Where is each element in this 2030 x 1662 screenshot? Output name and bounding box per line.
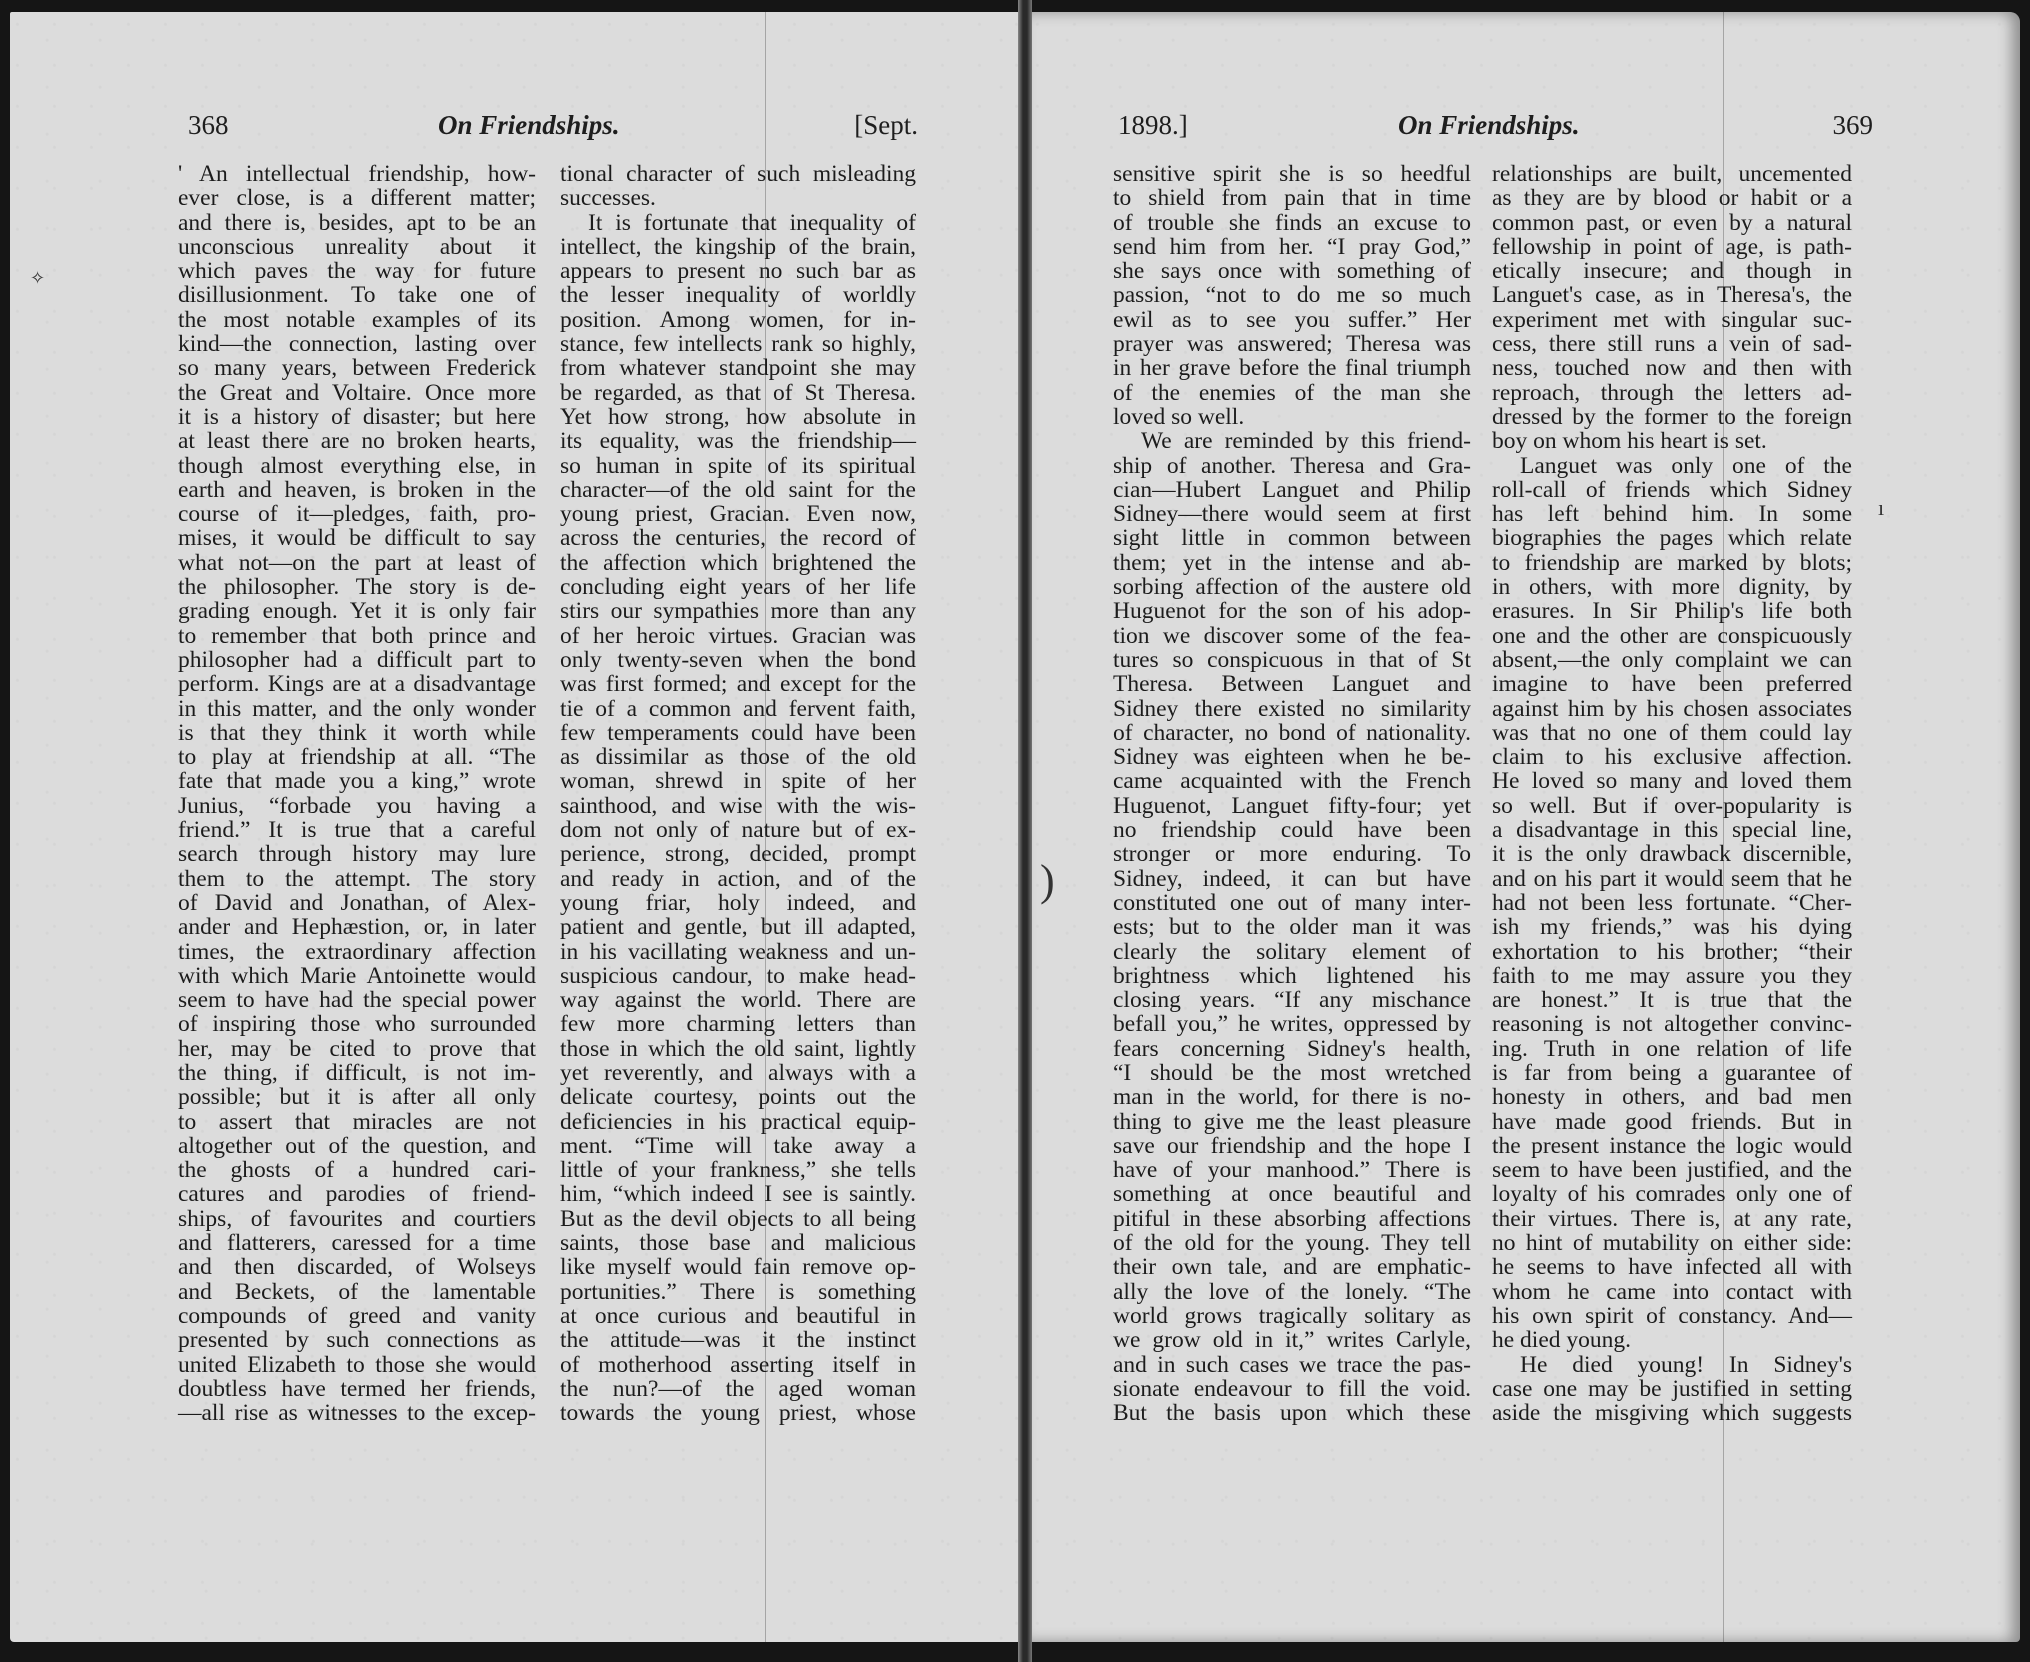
text-line: ness, touched now and then with bbox=[1492, 356, 1852, 380]
book-spine bbox=[1018, 0, 1032, 1662]
text-line: as dissimilar as those of the old bbox=[560, 745, 916, 769]
text-line: yet reverently, and always with a bbox=[560, 1061, 916, 1085]
text-line: to assert that miracles are not bbox=[178, 1110, 536, 1134]
text-line: ever close, is a different matter; bbox=[178, 186, 536, 210]
text-line: unconscious unreality about it bbox=[178, 235, 536, 259]
text-line: prayer was answered; Theresa was bbox=[1113, 332, 1471, 356]
text-line: Huguenot, Languet fifty-four; yet bbox=[1113, 794, 1471, 818]
text-line: against him by his chosen associates bbox=[1492, 697, 1852, 721]
text-line: seem to have been justified, and the bbox=[1492, 1158, 1852, 1182]
text-line: like myself would fain remove op- bbox=[560, 1255, 916, 1279]
text-line: of the enemies of the man she bbox=[1113, 381, 1471, 405]
text-line: stirs our sympathies more than any bbox=[560, 599, 916, 623]
text-line: tures so conspicuous in that of St bbox=[1113, 648, 1471, 672]
text-line: something at once beautiful and bbox=[1113, 1182, 1471, 1206]
scanned-book-spread: 368 On Friendships. [Sept. 1898.] On Fri… bbox=[0, 0, 2030, 1662]
text-line: little of your frankness,” she tells bbox=[560, 1158, 916, 1182]
text-line: disillusionment. To take one of bbox=[178, 283, 536, 307]
text-line: she says once with something of bbox=[1113, 259, 1471, 283]
text-line: his own spirit of constancy. And— bbox=[1492, 1304, 1852, 1328]
text-line: sight little in common between bbox=[1113, 526, 1471, 550]
text-line: mises, it would be difficult to say bbox=[178, 526, 536, 550]
text-line: perience, strong, decided, prompt bbox=[560, 842, 916, 866]
text-line: and on his part it would seem that he bbox=[1492, 867, 1852, 891]
text-line: appears to present no such bar as bbox=[560, 259, 916, 283]
text-line: and Beckets, of the lamentable bbox=[178, 1280, 536, 1304]
text-line: search through history may lure bbox=[178, 842, 536, 866]
text-line: Junius, “forbade you having a bbox=[178, 794, 536, 818]
text-line: But the basis upon which these bbox=[1113, 1401, 1471, 1425]
running-title: On Friendships. bbox=[438, 110, 620, 141]
text-line: reasoning is not altogether convinc- bbox=[1492, 1012, 1852, 1036]
text-line: no friendship could have been bbox=[1113, 818, 1471, 842]
text-line: seem to have had the special power bbox=[178, 988, 536, 1012]
text-line: He loved so many and loved them bbox=[1492, 769, 1852, 793]
margin-bracket-mark: ) bbox=[1040, 855, 1055, 906]
text-line: be regarded, as that of St Theresa. bbox=[560, 381, 916, 405]
text-line: sionate endeavour to fill the void. bbox=[1113, 1377, 1471, 1401]
text-line: ally the love of the lonely. “The bbox=[1113, 1280, 1471, 1304]
text-line: ander and Hephæstion, or, in later bbox=[178, 915, 536, 939]
text-line: are honest.” It is true that the bbox=[1492, 988, 1852, 1012]
text-line: suspicious candour, to make head- bbox=[560, 964, 916, 988]
text-column-right-2: relationships are built, uncementedas th… bbox=[1492, 162, 1852, 1425]
text-line: young priest, Gracian. Even now, bbox=[560, 502, 916, 526]
text-line: so many years, between Frederick bbox=[178, 356, 536, 380]
text-line: the present instance the logic would bbox=[1492, 1134, 1852, 1158]
text-line: as they are by blood or habit or a bbox=[1492, 186, 1852, 210]
text-line: came acquainted with the French bbox=[1113, 769, 1471, 793]
text-line: intellect, the kingship of the brain, bbox=[560, 235, 916, 259]
text-line: with which Marie Antoinette would bbox=[178, 964, 536, 988]
text-line: position. Among women, for in- bbox=[560, 308, 916, 332]
text-line: across the centuries, the record of bbox=[560, 526, 916, 550]
text-line: man in the world, for there is no- bbox=[1113, 1085, 1471, 1109]
text-line: to play at friendship at all. “The bbox=[178, 745, 536, 769]
page-number: 369 bbox=[1833, 110, 1874, 141]
text-line: successes. bbox=[560, 186, 916, 210]
text-line: Sidney—there would seem at first bbox=[1113, 502, 1471, 526]
text-line: is far from being a guarantee of bbox=[1492, 1061, 1852, 1085]
text-line: them to the attempt. The story bbox=[178, 867, 536, 891]
text-line: way against the world. There are bbox=[560, 988, 916, 1012]
text-line: have made good friends. But in bbox=[1492, 1110, 1852, 1134]
text-line: few more charming letters than bbox=[560, 1012, 916, 1036]
text-line: stronger or more enduring. To bbox=[1113, 842, 1471, 866]
text-line: it is a history of disaster; but here bbox=[178, 405, 536, 429]
text-line: has left behind him. In some bbox=[1492, 502, 1852, 526]
text-line: a disadvantage in this special line, bbox=[1492, 818, 1852, 842]
text-line: united Elizabeth to those she would bbox=[178, 1353, 536, 1377]
text-line: their virtues. There is, at any rate, bbox=[1492, 1207, 1852, 1231]
text-line: Sidney was eighteen when he be- bbox=[1113, 745, 1471, 769]
text-line: deficiencies in his practical equip- bbox=[560, 1110, 916, 1134]
text-line: Yet how strong, how absolute in bbox=[560, 405, 916, 429]
text-line: the ghosts of a hundred cari- bbox=[178, 1158, 536, 1182]
text-line: kind—the connection, lasting over bbox=[178, 332, 536, 356]
text-line: of the old for the young. They tell bbox=[1113, 1231, 1471, 1255]
text-line: the philosopher. The story is de- bbox=[178, 575, 536, 599]
text-line: him, “which indeed I see is saintly. bbox=[560, 1182, 916, 1206]
text-line: of character, no bond of nationality. bbox=[1113, 721, 1471, 745]
text-line: —all rise as witnesses to the excep- bbox=[178, 1401, 536, 1425]
text-line: times, the extraordinary affection bbox=[178, 940, 536, 964]
text-line: and there is, besides, apt to be an bbox=[178, 211, 536, 235]
text-line: friend.” It is true that a careful bbox=[178, 818, 536, 842]
text-line: the most notable examples of its bbox=[178, 308, 536, 332]
text-line: boy on whom his heart is set. bbox=[1492, 429, 1852, 453]
text-line: woman, shrewd in spite of her bbox=[560, 769, 916, 793]
text-line: ships, of favourites and courtiers bbox=[178, 1207, 536, 1231]
text-line: its equality, was the friendship— bbox=[560, 429, 916, 453]
text-column-left-1: ' An intellectual friendship, how-ever c… bbox=[178, 162, 536, 1425]
text-line: in this matter, and the only wonder bbox=[178, 697, 536, 721]
text-line: and flatterers, caressed for a time bbox=[178, 1231, 536, 1255]
text-line: and in such cases we trace the pas- bbox=[1113, 1353, 1471, 1377]
text-line: he died young. bbox=[1492, 1328, 1852, 1352]
text-line: at once curious and beautiful in bbox=[560, 1304, 916, 1328]
text-line: philosopher had a difficult part to bbox=[178, 648, 536, 672]
text-line: presented by such connections as bbox=[178, 1328, 536, 1352]
text-line: reproach, through the letters ad- bbox=[1492, 381, 1852, 405]
text-line: of David and Jonathan, of Alex- bbox=[178, 891, 536, 915]
text-line: Languet was only one of the bbox=[1492, 454, 1852, 478]
text-line: But as the devil objects to all being bbox=[560, 1207, 916, 1231]
text-line: befall you,” he writes, oppressed by bbox=[1113, 1012, 1471, 1036]
text-line: doubtless have termed her friends, bbox=[178, 1377, 536, 1401]
text-line: course of it—pledges, faith, pro- bbox=[178, 502, 536, 526]
text-line: and ready in action, and of the bbox=[560, 867, 916, 891]
text-line: possible; but it is after all only bbox=[178, 1085, 536, 1109]
text-line: have of your manhood.” There is bbox=[1113, 1158, 1471, 1182]
text-line: fate that made you a king,” wrote bbox=[178, 769, 536, 793]
text-line: Huguenot for the son of his adop- bbox=[1113, 599, 1471, 623]
text-line: tie of a common and fervent faith, bbox=[560, 697, 916, 721]
text-line: portunities.” There is something bbox=[560, 1280, 916, 1304]
text-line: “I should be the most wretched bbox=[1113, 1061, 1471, 1085]
text-line: save our friendship and the hope I bbox=[1113, 1134, 1471, 1158]
text-line: We are reminded by this friend- bbox=[1113, 429, 1471, 453]
text-line: concluding eight years of her life bbox=[560, 575, 916, 599]
text-line: the lesser inequality of worldly bbox=[560, 283, 916, 307]
text-line: relationships are built, uncemented bbox=[1492, 162, 1852, 186]
text-line: one and the other are conspicuously bbox=[1492, 624, 1852, 648]
text-line: the Great and Voltaire. Once more bbox=[178, 381, 536, 405]
text-line: He died young! In Sidney's bbox=[1492, 1353, 1852, 1377]
text-line: loyalty of his comrades only one of bbox=[1492, 1182, 1852, 1206]
date-marker: 1898.] bbox=[1118, 110, 1188, 141]
text-line: of trouble she finds an excuse to bbox=[1113, 211, 1471, 235]
text-line: to remember that both prince and bbox=[178, 624, 536, 648]
right-page-header: 1898.] On Friendships. 369 bbox=[1118, 110, 1873, 150]
text-line: of her heroic virtues. Gracian was bbox=[560, 624, 916, 648]
text-line: to shield from pain that in time bbox=[1113, 186, 1471, 210]
text-line: from whatever standpoint she may bbox=[560, 356, 916, 380]
text-line: so human in spite of its spiritual bbox=[560, 454, 916, 478]
text-line: we grow old in it,” writes Carlyle, bbox=[1113, 1328, 1471, 1352]
text-line: catures and parodies of friend- bbox=[178, 1182, 536, 1206]
text-line: whom he came into contact with bbox=[1492, 1280, 1852, 1304]
text-line: brightness which lightened his bbox=[1113, 964, 1471, 988]
text-line: is that they think it worth while bbox=[178, 721, 536, 745]
text-column-right-1: sensitive spirit she is so heedfulto shi… bbox=[1113, 162, 1471, 1425]
text-line: aside the misgiving which suggests bbox=[1492, 1401, 1852, 1425]
text-line: erasures. In Sir Philip's life both bbox=[1492, 599, 1852, 623]
text-line: Theresa. Between Languet and bbox=[1113, 672, 1471, 696]
text-line: character—of the old saint for the bbox=[560, 478, 916, 502]
text-line: common past, or even by a natural bbox=[1492, 211, 1852, 235]
text-line: of inspiring those who surrounded bbox=[178, 1012, 536, 1036]
text-line: clearly the solitary element of bbox=[1113, 940, 1471, 964]
text-line: and then discarded, of Wolseys bbox=[178, 1255, 536, 1279]
text-line: ish my friends,” was his dying bbox=[1492, 915, 1852, 939]
text-line: at least there are no broken hearts, bbox=[178, 429, 536, 453]
text-line: was that no one of them could lay bbox=[1492, 721, 1852, 745]
text-line: It is fortunate that inequality of bbox=[560, 211, 916, 235]
text-line: perform. Kings are at a disadvantage bbox=[178, 672, 536, 696]
text-line: faith to me may assure you they bbox=[1492, 964, 1852, 988]
text-line: no hint of mutability on either side: bbox=[1492, 1231, 1852, 1255]
text-line: Languet's case, as in Theresa's, the bbox=[1492, 283, 1852, 307]
text-line: ' An intellectual friendship, how- bbox=[178, 162, 536, 186]
text-line: patient and gentle, but ill adapted, bbox=[560, 915, 916, 939]
text-line: her, may be cited to prove that bbox=[178, 1037, 536, 1061]
text-line: passion, “not to do me so much bbox=[1113, 283, 1471, 307]
text-line: experiment met with singular suc- bbox=[1492, 308, 1852, 332]
text-line: ment. “Time will take away a bbox=[560, 1134, 916, 1158]
text-line: pitiful in these absorbing affections bbox=[1113, 1207, 1471, 1231]
text-line: only twenty-seven when the bond bbox=[560, 648, 916, 672]
text-line: in others, with more dignity, by bbox=[1492, 575, 1852, 599]
text-line: grading enough. Yet it is only fair bbox=[178, 599, 536, 623]
text-line: of motherhood asserting itself in bbox=[560, 1353, 916, 1377]
text-line: he seems to have infected all with bbox=[1492, 1255, 1852, 1279]
margin-speck: ✧ bbox=[30, 268, 45, 289]
text-line: Sidney, indeed, it can but have bbox=[1113, 867, 1471, 891]
left-page-header: 368 On Friendships. [Sept. bbox=[188, 110, 918, 150]
text-line: roll-call of friends which Sidney bbox=[1492, 478, 1852, 502]
text-line: stance, few intellects rank so highly, bbox=[560, 332, 916, 356]
text-line: world grows tragically solitary as bbox=[1113, 1304, 1471, 1328]
text-line: fellowship in point of age, is path- bbox=[1492, 235, 1852, 259]
text-line: those in which the old saint, lightly bbox=[560, 1037, 916, 1061]
text-line: in her grave before the final triumph bbox=[1113, 356, 1471, 380]
text-line: their own tale, and are emphatic- bbox=[1113, 1255, 1471, 1279]
text-line: biographies the pages which relate bbox=[1492, 526, 1852, 550]
text-line: cian—Hubert Languet and Philip bbox=[1113, 478, 1471, 502]
text-line: case one may be justified in setting bbox=[1492, 1377, 1852, 1401]
text-line: sorbing affection of the austere old bbox=[1113, 575, 1471, 599]
text-line: Sidney there existed no similarity bbox=[1113, 697, 1471, 721]
text-line: loved so well. bbox=[1113, 405, 1471, 429]
text-line: altogether out of the question, and bbox=[178, 1134, 536, 1158]
text-line: tional character of such misleading bbox=[560, 162, 916, 186]
text-line: absent,—the only complaint we can bbox=[1492, 648, 1852, 672]
date-marker: [Sept. bbox=[854, 110, 918, 141]
text-line: ests; but to the older man it was bbox=[1113, 915, 1471, 939]
text-line: what not—on the part at least of bbox=[178, 551, 536, 575]
text-line: dom not only of nature but of ex- bbox=[560, 818, 916, 842]
text-line: saints, those base and malicious bbox=[560, 1231, 916, 1255]
text-line: tion we discover some of the fea- bbox=[1113, 624, 1471, 648]
text-line: though almost everything else, in bbox=[178, 454, 536, 478]
running-title: On Friendships. bbox=[1398, 110, 1580, 141]
margin-tick-mark: ı bbox=[1878, 495, 1884, 521]
text-line: them; yet in the intense and ab- bbox=[1113, 551, 1471, 575]
text-line: exhortation to his brother; “their bbox=[1492, 940, 1852, 964]
page-number: 368 bbox=[188, 110, 229, 141]
text-line: in his vacillating weakness and un- bbox=[560, 940, 916, 964]
text-line: had not been less fortunate. “Cher- bbox=[1492, 891, 1852, 915]
text-line: delicate courtesy, points out the bbox=[560, 1085, 916, 1109]
text-line: young friar, holy indeed, and bbox=[560, 891, 916, 915]
text-line: sainthood, and wise with the wis- bbox=[560, 794, 916, 818]
text-line: etically insecure; and though in bbox=[1492, 259, 1852, 283]
text-line: few temperaments could have been bbox=[560, 721, 916, 745]
text-line: compounds of greed and vanity bbox=[178, 1304, 536, 1328]
text-line: towards the young priest, whose bbox=[560, 1401, 916, 1425]
text-line: constituted one out of many inter- bbox=[1113, 891, 1471, 915]
text-line: closing years. “If any mischance bbox=[1113, 988, 1471, 1012]
text-line: honesty in others, and bad men bbox=[1492, 1085, 1852, 1109]
text-line: the thing, if difficult, is not im- bbox=[178, 1061, 536, 1085]
text-column-left-2: tional character of such misleadingsucce… bbox=[560, 162, 916, 1425]
text-line: imagine to have been preferred bbox=[1492, 672, 1852, 696]
text-line: was first formed; and except for the bbox=[560, 672, 916, 696]
text-line: sensitive spirit she is so heedful bbox=[1113, 162, 1471, 186]
text-line: to friendship are marked by blots; bbox=[1492, 551, 1852, 575]
text-line: the nun?—of the aged woman bbox=[560, 1377, 916, 1401]
text-line: so well. But if over-popularity is bbox=[1492, 794, 1852, 818]
text-line: cess, there still runs a vein of sad- bbox=[1492, 332, 1852, 356]
text-line: the attitude—was it the instinct bbox=[560, 1328, 916, 1352]
text-line: thing to give me the least pleasure bbox=[1113, 1110, 1471, 1134]
text-line: the affection which brightened the bbox=[560, 551, 916, 575]
text-line: dressed by the former to the foreign bbox=[1492, 405, 1852, 429]
text-line: send him from her. “I pray God,” bbox=[1113, 235, 1471, 259]
text-line: ing. Truth in one relation of life bbox=[1492, 1037, 1852, 1061]
text-line: claim to his exclusive affection. bbox=[1492, 745, 1852, 769]
text-line: fears concerning Sidney's health, bbox=[1113, 1037, 1471, 1061]
text-line: it is the only drawback discernible, bbox=[1492, 842, 1852, 866]
text-line: ship of another. Theresa and Gra- bbox=[1113, 454, 1471, 478]
text-line: which paves the way for future bbox=[178, 259, 536, 283]
text-line: earth and heaven, is broken in the bbox=[178, 478, 536, 502]
text-line: ewil as to see you suffer.” Her bbox=[1113, 308, 1471, 332]
